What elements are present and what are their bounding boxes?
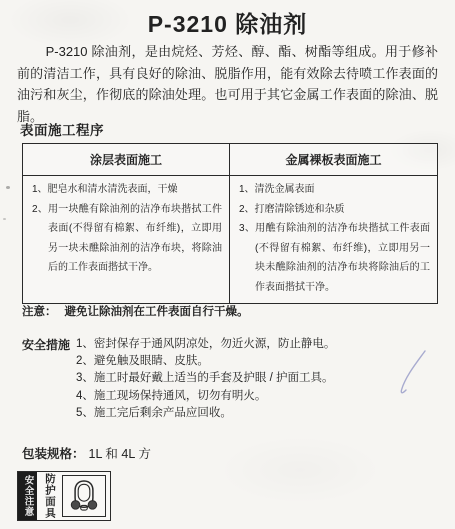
packaging-spec-line: 包装规格：1L 和 4L 方 xyxy=(22,444,151,462)
coated-surface-cell: 1、肥皂水和清水清洗表面，干燥 2、用一块醮有除油剂的洁净布块揩拭工件表面(不得… xyxy=(23,176,230,303)
respirator-mask-icon xyxy=(62,475,106,517)
caution-text: 避免让除油剂在工件表面自行干燥。 xyxy=(65,306,249,318)
packaging-spec-value: 1L 和 4L 方 xyxy=(89,447,151,461)
list-item: 2、避免触及眼睛、皮肤。 xyxy=(76,353,335,370)
list-item: 3、用醮有除油剂的洁净布块揩拭工件表面(不得留有棉絮、布纤维)，立即用另一块未醮… xyxy=(239,219,430,297)
packaging-spec-label: 包装规格： xyxy=(22,447,85,461)
column-header-bare-metal-surface: 金属裸板表面施工 xyxy=(230,144,437,175)
procedure-table-header-row: 涂层表面施工 金属裸板表面施工 xyxy=(23,144,437,176)
safety-measures-label: 安全措施 xyxy=(22,336,74,353)
safety-notice-badge: 安全注意 防护面具 xyxy=(17,471,111,521)
list-item: 1、密封保存于通风阴凉处，勿近火源，防止静电。 xyxy=(76,336,335,353)
caution-note: 注意：避免让除油剂在工件表面自行干燥。 xyxy=(22,303,249,319)
list-item: 4、施工现场保持通风，切勿有明火。 xyxy=(76,388,335,405)
intro-paragraph: P-3210 除油剂，是由烷烃、芳烃、醇、酯、树酯等组成。用于修补前的清洁工作，… xyxy=(17,41,438,127)
list-item: 2、用一块醮有除油剂的洁净布块揩拭工件表面(不得留有棉絮、布纤维)，立即用另一块… xyxy=(32,200,222,278)
list-item: 5、施工完后剩余产品应回收。 xyxy=(76,405,335,422)
procedure-table: 涂层表面施工 金属裸板表面施工 1、肥皂水和清水清洗表面，干燥 2、用一块醮有除… xyxy=(22,143,438,304)
scanned-datasheet-page: P-3210 除油剂 P-3210 除油剂，是由烷烃、芳烃、醇、酯、树酯等组成。… xyxy=(0,0,455,529)
protective-mask-vertical-label: 防护面具 xyxy=(37,472,61,520)
procedure-table-body-row: 1、肥皂水和清水清洗表面，干燥 2、用一块醮有除油剂的洁净布块揩拭工件表面(不得… xyxy=(23,176,437,303)
page-title: P-3210 除油剂 xyxy=(0,6,455,39)
safety-notice-vertical-label: 安全注意 xyxy=(18,472,37,520)
scan-speck xyxy=(6,186,10,189)
list-item: 1、清洗金属表面 xyxy=(239,180,430,200)
caution-label: 注意： xyxy=(22,306,57,318)
pen-mark xyxy=(394,348,430,400)
safety-measures-section: 安全措施 1、密封保存于通风阴凉处，勿近火源，防止静电。 2、避免触及眼睛、皮肤… xyxy=(22,336,335,422)
bare-metal-cell: 1、清洗金属表面 2、打磨清除锈迹和杂质 3、用醮有除油剂的洁净布块揩拭工件表面… xyxy=(230,176,437,303)
scan-speck xyxy=(3,218,6,220)
procedure-heading: 表面施工程序 xyxy=(20,119,104,139)
column-header-coated-surface: 涂层表面施工 xyxy=(23,144,230,175)
safety-measures-list: 1、密封保存于通风阴凉处，勿近火源，防止静电。 2、避免触及眼睛、皮肤。 3、施… xyxy=(76,336,335,422)
list-item: 3、施工时最好戴上适当的手套及护眼 / 护面工具。 xyxy=(76,370,335,387)
list-item: 1、肥皂水和清水清洗表面，干燥 xyxy=(32,180,222,200)
list-item: 2、打磨清除锈迹和杂质 xyxy=(239,200,430,220)
